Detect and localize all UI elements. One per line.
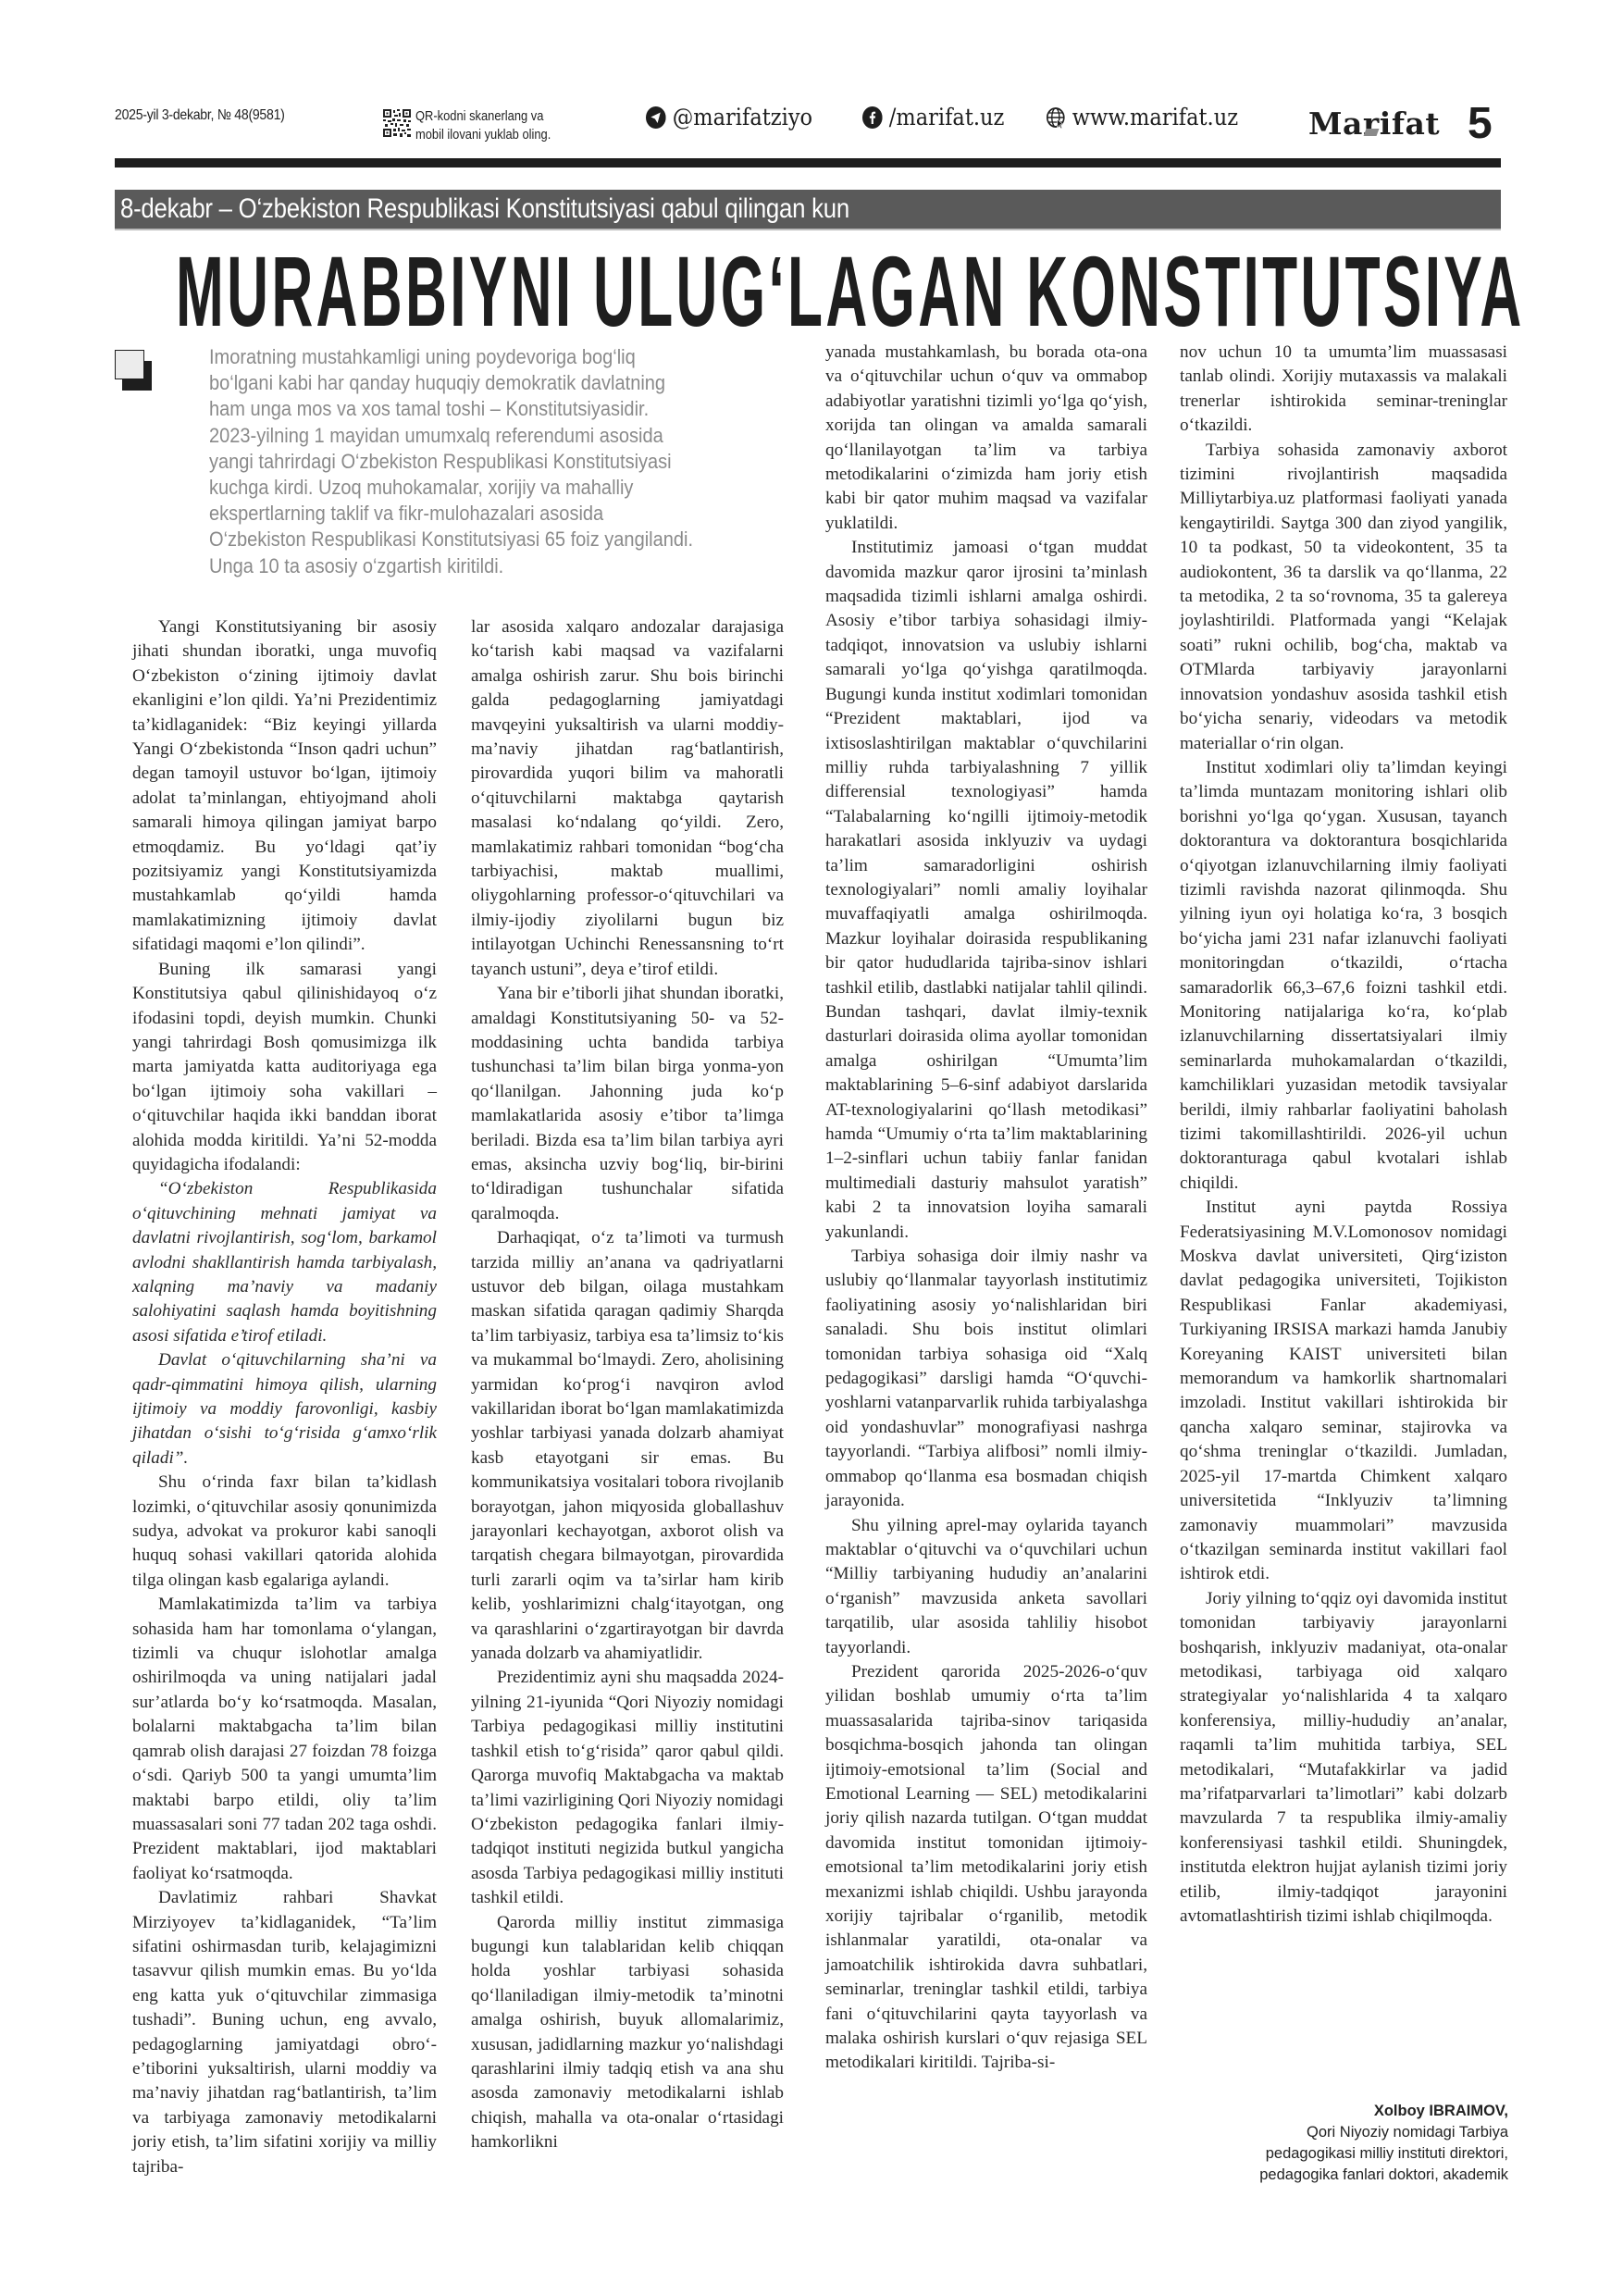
telegram-icon	[646, 106, 666, 129]
rubric-text: 8-dekabr – O‘zbekiston Respublikasi Kons…	[120, 193, 849, 225]
facebook-icon	[862, 106, 883, 129]
qr-instruction: QR-kodni skanerlang va mobil ilovani yuk…	[415, 107, 551, 144]
author-name: Xolboy IBRAIMOV,	[1194, 2101, 1508, 2122]
paragraph: Mamlakatimizda ta’lim va tarbiya sohasid…	[132, 1593, 437, 1886]
author-title-line: Qori Niyoziy nomidagi Tarbiya	[1194, 2122, 1508, 2143]
paragraph: nov uchun 10 ta umumta’lim muassasasi ta…	[1180, 341, 1507, 439]
facebook-link[interactable]: /marifat.uz	[862, 104, 1004, 130]
website-link[interactable]: www.marifat.uz	[1046, 104, 1238, 130]
page-header: 2025-yil 3-dekabr, № 48(9581) QR-kodni s…	[115, 104, 1503, 155]
paragraph: Shu yilning aprel-may oylarida tayanch m…	[825, 1514, 1147, 1660]
quote-paragraph: “O‘zbekiston Respublikasida o‘qituvchini…	[132, 1177, 437, 1348]
marifat-logo: Marifat	[1308, 105, 1440, 142]
paragraph: Prezidentimiz ayni shu maqsadda 2024-yil…	[471, 1666, 784, 1910]
paragraph: lar asosida xalqaro andozalar darajasiga…	[471, 615, 784, 982]
article-headline: MURABBIYNI ULUG‘LAGAN KONSTITUTSIYA	[176, 242, 895, 341]
paragraph: Tarbiya sohasida zamonaviy axborot tizim…	[1180, 439, 1507, 756]
paragraph: Shu o‘rinda faxr bilan ta’kidlash lozimk…	[132, 1471, 437, 1593]
paragraph: Prezident qarorida 2025-2026-o‘quv yilid…	[825, 1660, 1147, 2076]
author-title-line: pedagogikasi milliy instituti direktori,	[1194, 2143, 1508, 2165]
header-divider	[115, 158, 1501, 168]
paragraph: Institutimiz jamoasi o‘tgan muddat davom…	[825, 536, 1147, 1245]
paragraph: Darhaqiqat, o‘z ta’limoti va turmush tar…	[471, 1226, 784, 1666]
paragraph: Yana bir e’tiborli jihat shundan iboratk…	[471, 982, 784, 1226]
author-title-line: pedagogika fanlari doktori, akademik	[1194, 2165, 1508, 2186]
article-column-1: Yangi Konstitutsiyaning bir asosiy jihat…	[132, 615, 437, 2179]
paragraph: Qarorda milliy institut zimmasiga bugung…	[471, 1911, 784, 2155]
paragraph: Joriy yilning to‘qqiz oyi davomida insti…	[1180, 1587, 1507, 1930]
paragraph: Buning ilk samarasi yangi Konstitutsiya …	[132, 958, 437, 1178]
article-column-4: nov uchun 10 ta umumta’lim muassasasi ta…	[1180, 341, 1507, 1929]
newspaper-page: 2025-yil 3-dekabr, № 48(9581) QR-kodni s…	[0, 0, 1623, 2296]
article-column-3: yanada mustahkamlash, bu borada ota-ona …	[825, 341, 1147, 2076]
paragraph: Institut ayni paytda Rossiya Federatsiya…	[1180, 1196, 1507, 1587]
paragraph: yanada mustahkamlash, bu borada ota-ona …	[825, 341, 1147, 536]
qr-code-icon	[383, 109, 411, 137]
paragraph: Tarbiya sohasiga doir ilmiy nashr va usl…	[825, 1245, 1147, 1513]
paragraph: Yangi Konstitutsiyaning bir asosiy jihat…	[132, 615, 437, 958]
telegram-link[interactable]: @marifatziyo	[646, 104, 812, 130]
globe-icon	[1046, 106, 1066, 129]
author-signature: Xolboy IBRAIMOV, Qori Niyoziy nomidagi T…	[1194, 2101, 1508, 2186]
rubric-banner: 8-dekabr – O‘zbekiston Respublikasi Kons…	[115, 190, 1501, 230]
paragraph: Institut xodimlari oliy ta’limdan keying…	[1180, 756, 1507, 1196]
issue-date: 2025-yil 3-dekabr, № 48(9581)	[115, 107, 285, 124]
paragraph: Davlatimiz rahbari Shavkat Mirziyoyev ta…	[132, 1886, 437, 2179]
page-number: 5	[1468, 98, 1493, 149]
quote-paragraph: Davlat o‘qituvchilarning sha’ni va qadr-…	[132, 1348, 437, 1471]
article-lead: Imoratning mustahkamligi uning poydevori…	[209, 344, 783, 579]
lead-square-icon	[115, 350, 152, 387]
article-column-2: lar asosida xalqaro andozalar darajasiga…	[471, 615, 784, 2155]
